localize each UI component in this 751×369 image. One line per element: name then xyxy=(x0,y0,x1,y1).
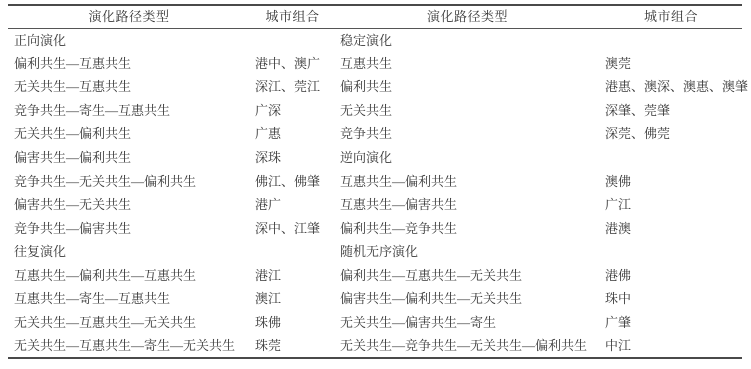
path-type-right-cell: 稳定演化 xyxy=(335,28,600,52)
city-combo-right-cell: 广肇 xyxy=(600,311,742,335)
city-combo-right-cell: 港惠、澳深、澳惠、澳肇 xyxy=(600,75,742,99)
city-combo-left-cell: 港江 xyxy=(250,263,335,287)
city-combo-left-cell: 广惠 xyxy=(250,122,335,146)
path-type-left-cell: 偏利共生—互惠共生 xyxy=(8,52,250,76)
path-type-left-cell: 互惠共生—寄生—互惠共生 xyxy=(8,287,250,311)
table-row: 无关共生—互惠共生—无关共生 珠佛 无关共生—偏害共生—寄生 广肇 xyxy=(8,311,742,335)
city-combo-left-cell: 广深 xyxy=(250,99,335,123)
city-combo-left-cell: 港中、澳广 xyxy=(250,52,335,76)
path-type-right-cell: 互惠共生—偏利共生 xyxy=(335,169,600,193)
path-type-left-cell: 无关共生—互惠共生—寄生—无关共生 xyxy=(8,334,250,358)
table-header: 演化路径类型 城市组合 演化路径类型 城市组合 xyxy=(8,5,742,28)
paper-table-page: 演化路径类型 城市组合 演化路径类型 城市组合 正向演化 稳定演化 偏利共生—互… xyxy=(0,0,751,369)
city-combo-right-cell: 港澳 xyxy=(600,216,742,240)
city-combo-left-cell: 珠佛 xyxy=(250,311,335,335)
city-combo-left-cell: 深珠 xyxy=(250,146,335,170)
path-type-right-cell: 随机无序演化 xyxy=(335,240,600,264)
path-type-left-cell: 竞争共生—寄生—互惠共生 xyxy=(8,99,250,123)
city-combo-right-cell xyxy=(600,28,742,52)
city-combo-left-cell: 深江、莞江 xyxy=(250,75,335,99)
city-combo-left-cell: 澳江 xyxy=(250,287,335,311)
column-header-path-type-left: 演化路径类型 xyxy=(8,5,250,28)
path-type-right-cell: 偏利共生—竞争共生 xyxy=(335,216,600,240)
city-combo-left-cell: 港广 xyxy=(250,193,335,217)
path-type-left-cell: 正向演化 xyxy=(8,28,250,52)
path-type-right-cell: 无关共生—竞争共生—无关共生—偏利共生 xyxy=(335,334,600,358)
table-row: 竞争共生—无关共生—偏利共生 佛江、佛肇 互惠共生—偏利共生 澳佛 xyxy=(8,169,742,193)
path-type-left-cell: 偏害共生—无关共生 xyxy=(8,193,250,217)
path-type-left-cell: 无关共生—互惠共生—无关共生 xyxy=(8,311,250,335)
path-type-right-cell: 偏利共生—互惠共生—无关共生 xyxy=(335,263,600,287)
table-row: 互惠共生—寄生—互惠共生 澳江 偏害共生—偏利共生—无关共生 珠中 xyxy=(8,287,742,311)
path-type-right-cell: 偏利共生 xyxy=(335,75,600,99)
table-row: 往复演化 随机无序演化 xyxy=(8,240,742,264)
city-combo-right-cell: 深莞、佛莞 xyxy=(600,122,742,146)
path-type-right-cell: 竞争共生 xyxy=(335,122,600,146)
city-combo-right-cell: 中江 xyxy=(600,334,742,358)
table-row: 无关共生—偏利共生 广惠 竞争共生 深莞、佛莞 xyxy=(8,122,742,146)
path-type-right-cell: 逆向演化 xyxy=(335,146,600,170)
path-type-left-cell: 竞争共生—无关共生—偏利共生 xyxy=(8,169,250,193)
path-type-right-cell: 无关共生—偏害共生—寄生 xyxy=(335,311,600,335)
path-type-left-cell: 无关共生—偏利共生 xyxy=(8,122,250,146)
table-body: 正向演化 稳定演化 偏利共生—互惠共生 港中、澳广 互惠共生 澳莞 无关共生—互… xyxy=(8,28,742,358)
path-type-left-cell: 互惠共生—偏利共生—互惠共生 xyxy=(8,263,250,287)
table-row: 无关共生—互惠共生—寄生—无关共生 珠莞 无关共生—竞争共生—无关共生—偏利共生… xyxy=(8,334,742,358)
city-combo-left-cell: 深中、江肇 xyxy=(250,216,335,240)
city-combo-right-cell: 珠中 xyxy=(600,287,742,311)
path-type-right-cell: 无关共生 xyxy=(335,99,600,123)
city-combo-right-cell xyxy=(600,146,742,170)
table-row: 竞争共生—偏害共生 深中、江肇 偏利共生—竞争共生 港澳 xyxy=(8,216,742,240)
header-row: 演化路径类型 城市组合 演化路径类型 城市组合 xyxy=(8,5,742,28)
path-type-left-cell: 偏害共生—偏利共生 xyxy=(8,146,250,170)
path-type-right-cell: 互惠共生 xyxy=(335,52,600,76)
path-type-left-cell: 往复演化 xyxy=(8,240,250,264)
city-combo-right-cell: 广江 xyxy=(600,193,742,217)
column-header-path-type-right: 演化路径类型 xyxy=(335,5,600,28)
table-row: 偏利共生—互惠共生 港中、澳广 互惠共生 澳莞 xyxy=(8,52,742,76)
city-combo-right-cell: 港佛 xyxy=(600,263,742,287)
table-row: 正向演化 稳定演化 xyxy=(8,28,742,52)
table-row: 竞争共生—寄生—互惠共生 广深 无关共生 深肇、莞肇 xyxy=(8,99,742,123)
path-type-left-cell: 无关共生—互惠共生 xyxy=(8,75,250,99)
city-combo-right-cell: 澳莞 xyxy=(600,52,742,76)
table-row: 互惠共生—偏利共生—互惠共生 港江 偏利共生—互惠共生—无关共生 港佛 xyxy=(8,263,742,287)
path-type-right-cell: 偏害共生—偏利共生—无关共生 xyxy=(335,287,600,311)
evolution-path-table: 演化路径类型 城市组合 演化路径类型 城市组合 正向演化 稳定演化 偏利共生—互… xyxy=(8,4,742,359)
city-combo-right-cell: 深肇、莞肇 xyxy=(600,99,742,123)
city-combo-left-cell xyxy=(250,28,335,52)
table-row: 偏害共生—无关共生 港广 互惠共生—偏害共生 广江 xyxy=(8,193,742,217)
path-type-left-cell: 竞争共生—偏害共生 xyxy=(8,216,250,240)
column-header-city-combo-right: 城市组合 xyxy=(600,5,742,28)
city-combo-right-cell xyxy=(600,240,742,264)
table-row: 偏害共生—偏利共生 深珠 逆向演化 xyxy=(8,146,742,170)
path-type-right-cell: 互惠共生—偏害共生 xyxy=(335,193,600,217)
city-combo-left-cell: 佛江、佛肇 xyxy=(250,169,335,193)
city-combo-left-cell xyxy=(250,240,335,264)
column-header-city-combo-left: 城市组合 xyxy=(250,5,335,28)
city-combo-left-cell: 珠莞 xyxy=(250,334,335,358)
table-row: 无关共生—互惠共生 深江、莞江 偏利共生 港惠、澳深、澳惠、澳肇 xyxy=(8,75,742,99)
city-combo-right-cell: 澳佛 xyxy=(600,169,742,193)
